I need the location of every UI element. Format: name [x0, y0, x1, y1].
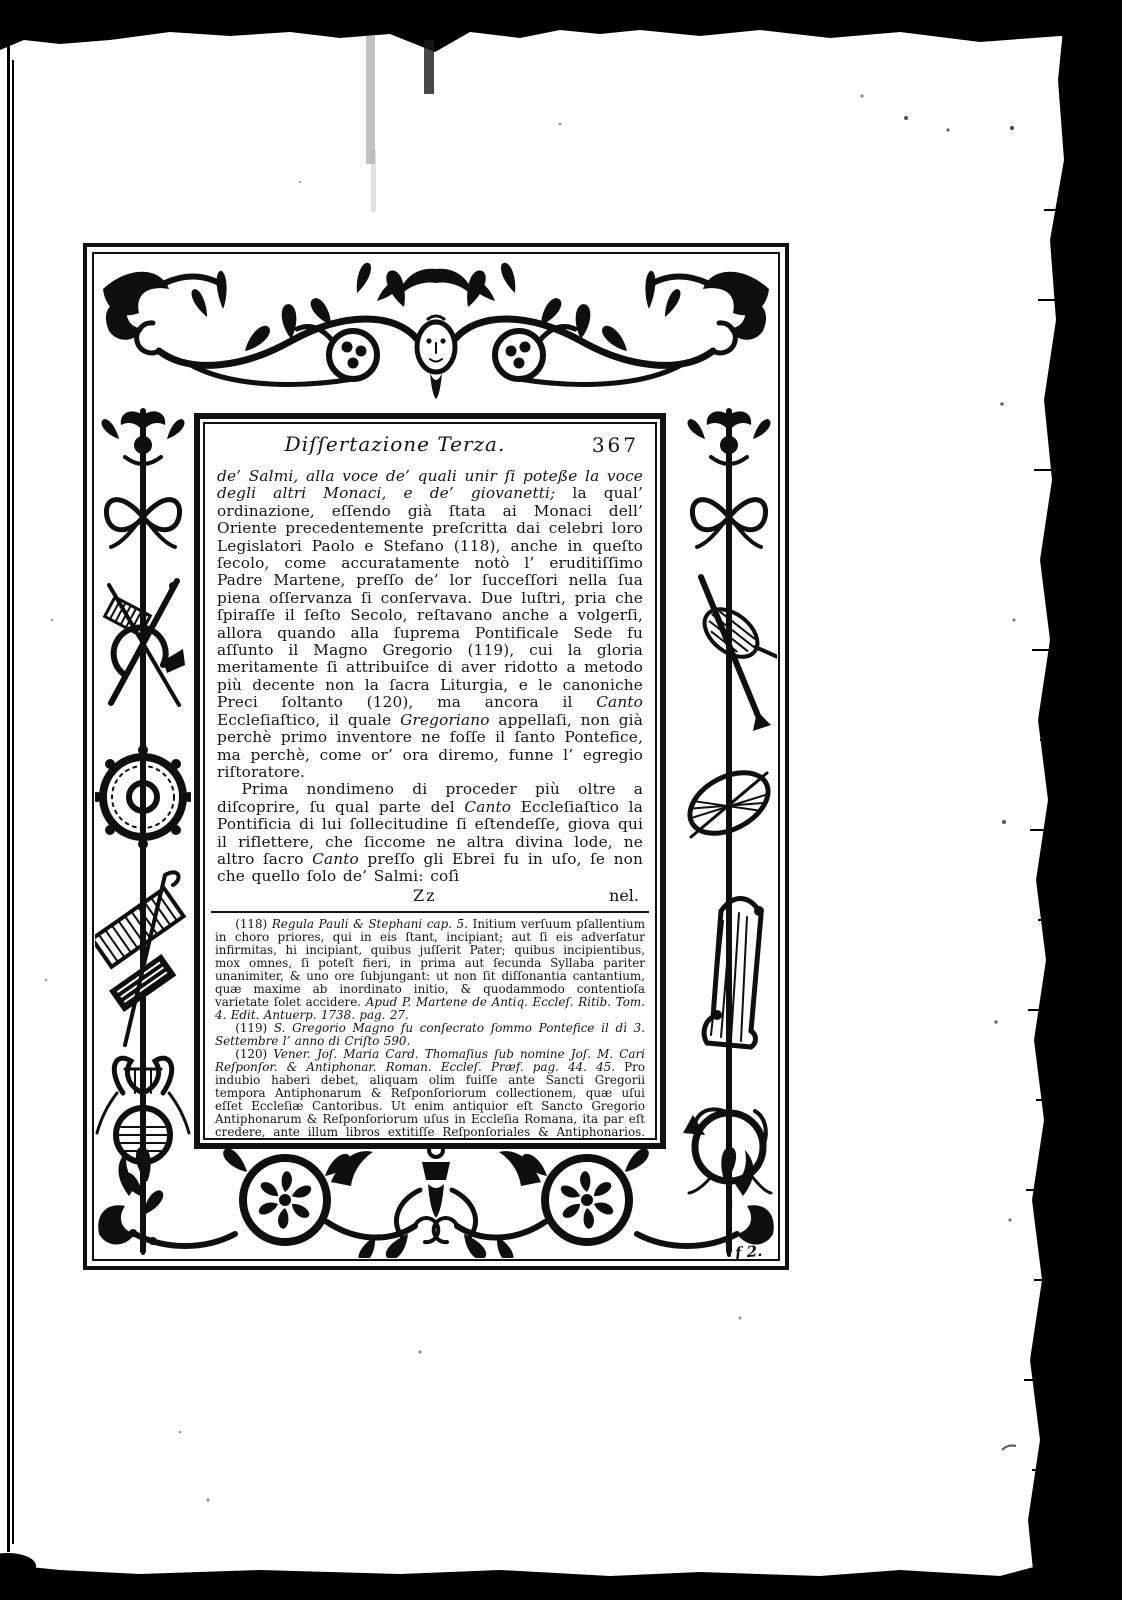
running-title: Diſſertazione Terza. [205, 432, 585, 456]
scan-edge-top [0, 0, 1122, 212]
gathering-signature: Zz [413, 886, 437, 905]
paragraph-2: Prima nondimeno di proceder più oltre a … [217, 781, 643, 885]
scroll-rosette-icon [98, 1145, 438, 1258]
mascaron-face-icon [382, 268, 490, 399]
text-run: Eccleſiaſtico, il quale [217, 711, 400, 729]
right-border-engraving [681, 405, 777, 1257]
footnote-rule [211, 911, 649, 913]
harp-icon [704, 899, 764, 1047]
crossed-mandolin-bassoon-icon [696, 577, 777, 731]
vase-cartouche-icon [383, 1143, 488, 1258]
engraved-border-frame: Diſſertazione Terza. 367 de’ Salmi, alla… [83, 243, 789, 1270]
footnote-120: (120) Vener. Joſ. Maria Card. Thomaſius … [215, 1048, 645, 1140]
scanned-book-page: Diſſertazione Terza. 367 de’ Salmi, alla… [0, 0, 1122, 1600]
catchword: nel. [609, 886, 639, 905]
footnotes: (118) Regula Pauli & Stephani cap. 5. In… [215, 918, 645, 1140]
text-block: Diſſertazione Terza. 367 de’ Salmi, alla… [194, 413, 666, 1149]
acanthus-scroll-icon [103, 261, 417, 384]
text-run: Gregoriano [400, 711, 489, 729]
footnote-number: (120) [235, 1047, 273, 1061]
text-run: Canto [596, 693, 643, 711]
bottom-border-engraving [95, 1138, 777, 1258]
text-run: S. Gregorio Magno fu conſecrato ſommo Po… [215, 1021, 645, 1048]
paragraph-1: de’ Salmi, alla voce de’ quali unir ſi p… [217, 468, 643, 781]
footnote-number: (118) [235, 917, 272, 931]
footnote-118: (118) Regula Pauli & Stephani cap. 5. In… [215, 918, 645, 1022]
body-text: de’ Salmi, alla voce de’ quali unir ſi p… [217, 468, 643, 886]
text-run: Pro indubio haberi debet, aliquam olim f… [215, 1060, 645, 1140]
footnote-119: (119) S. Gregorio Magno fu conſecrato ſo… [215, 1022, 645, 1048]
plate-mark: f 2. [734, 1242, 763, 1262]
scan-edge-right [994, 0, 1122, 1600]
text-run: Canto [464, 798, 511, 816]
text-run: la qual’ ordinazione, eſſendo già ſtata … [217, 484, 643, 711]
page-header: Diſſertazione Terza. 367 [205, 432, 655, 464]
text-run: Regula Pauli & Stephani cap. 5. [272, 917, 468, 931]
signature-line: Zz nel. [217, 886, 643, 904]
scan-edge-bottom [0, 1553, 1122, 1600]
top-border-engraving [95, 255, 777, 407]
text-block-inner-rule: Diſſertazione Terza. 367 de’ Salmi, alla… [203, 422, 657, 1140]
footnote-number: (119) [235, 1021, 274, 1035]
fruit-roundel-icon [329, 331, 377, 379]
left-border-engraving [95, 405, 191, 1257]
text-run: Vener. Joſ. Maria Card. Thomaſius ſub no… [215, 1047, 645, 1074]
page-number: 367 [592, 433, 639, 457]
zither-icon [95, 872, 184, 1045]
scan-edge-left [7, 36, 14, 1552]
text-run: Canto [312, 850, 359, 868]
